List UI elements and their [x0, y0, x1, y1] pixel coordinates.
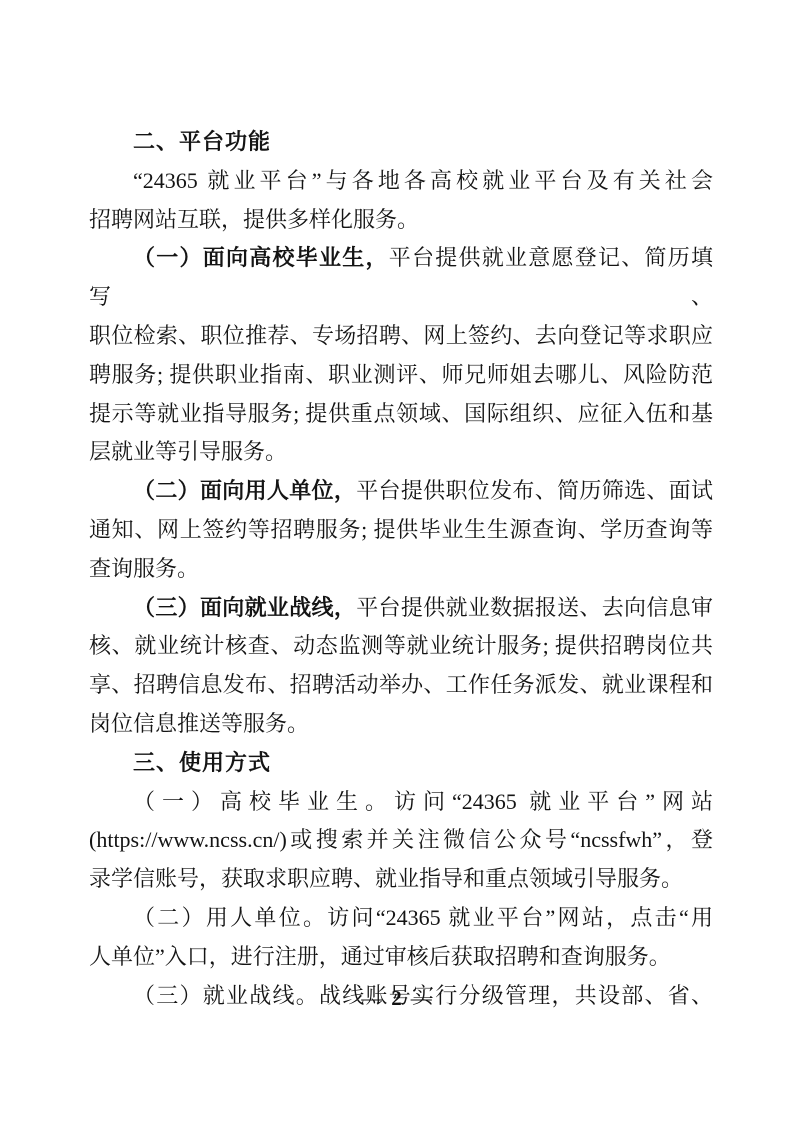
- text-line: （二）面向用人单位，平台提供职位发布、简历筛选、面试: [89, 472, 713, 511]
- body-text: 通知、网上签约等招聘服务; 提供毕业生生源查询、学历查询等: [89, 517, 713, 542]
- section-heading: 三、使用方式: [89, 744, 713, 783]
- text-line: （一）高校毕业生。访问“24365 就业平台”网站: [89, 783, 713, 822]
- body-text: （一）高校毕业生。访问“24365 就业平台”网站: [133, 789, 713, 814]
- body-text: 录学信账号，获取求职应聘、就业指导和重点领域引导服务。: [89, 866, 683, 891]
- paragraph: （二）面向用人单位，平台提供职位发布、简历筛选、面试通知、网上签约等招聘服务; …: [89, 472, 713, 588]
- body-text: 岗位信息推送等服务。: [89, 711, 309, 736]
- section-heading: 二、平台功能: [89, 123, 713, 162]
- text-line: 职位检索、职位推荐、专场招聘、网上签约、去向登记等求职应: [89, 317, 713, 356]
- body-text: (https://www.ncss.cn/)或搜索并关注微信公众号“ncssfw…: [89, 827, 713, 852]
- text-line: 享、招聘信息发布、招聘活动举办、工作任务派发、就业课程和: [89, 666, 713, 705]
- text-line: 层就业等引导服务。: [89, 433, 713, 472]
- body-text: 平台提供就业数据报送、去向信息审: [356, 595, 713, 620]
- paragraph: （三）面向就业战线，平台提供就业数据报送、去向信息审核、就业统计核查、动态监测等…: [89, 589, 713, 744]
- paragraph: （一）面向高校毕业生，平台提供就业意愿登记、简历填写、职位检索、职位推荐、专场招…: [89, 239, 713, 472]
- text-line: “24365 就业平台”与各地各高校就业平台及有关社会: [89, 162, 713, 201]
- text-line: （三）面向就业战线，平台提供就业数据报送、去向信息审: [89, 589, 713, 628]
- paragraph: （二）用人单位。访问“24365 就业平台”网站，点击“用人单位”入口，进行注册…: [89, 899, 713, 977]
- text-line: 岗位信息推送等服务。: [89, 705, 713, 744]
- bold-lead-text: （二）面向用人单位，: [133, 478, 356, 503]
- body-text: 人单位”入口，进行注册，通过审核后获取招聘和查询服务。: [89, 944, 671, 969]
- body-text: （二）用人单位。访问“24365 就业平台”网站，点击“用: [133, 905, 713, 930]
- text-line: 查询服务。: [89, 550, 713, 589]
- body-text: 聘服务; 提供职业指南、职业测评、师兄师姐去哪儿、风险防范: [89, 362, 713, 387]
- document-body: 二、平台功能“24365 就业平台”与各地各高校就业平台及有关社会招聘网站互联，…: [89, 123, 713, 1015]
- footer-dash-left: —: [361, 986, 382, 1010]
- text-line: 核、就业统计核查、动态监测等就业统计服务; 提供招聘岗位共: [89, 627, 713, 666]
- text-line: 提示等就业指导服务; 提供重点领域、国际组织、应征入伍和基: [89, 395, 713, 434]
- page-footer: —2—: [0, 986, 793, 1011]
- text-line: （二）用人单位。访问“24365 就业平台”网站，点击“用: [89, 899, 713, 938]
- text-line: 人单位”入口，进行注册，通过审核后获取招聘和查询服务。: [89, 938, 713, 977]
- footer-dash-right: —: [411, 986, 432, 1010]
- body-text: 核、就业统计核查、动态监测等就业统计服务; 提供招聘岗位共: [89, 633, 713, 658]
- bold-lead-text: （三）面向就业战线，: [133, 595, 356, 620]
- text-line: 录学信账号，获取求职应聘、就业指导和重点领域引导服务。: [89, 860, 713, 899]
- body-text: 享、招聘信息发布、招聘活动举办、工作任务派发、就业课程和: [89, 672, 713, 697]
- bold-lead-text: （一）面向高校毕业生，: [133, 245, 389, 270]
- page-number: 2: [391, 986, 402, 1010]
- paragraph: （一）高校毕业生。访问“24365 就业平台”网站(https://www.nc…: [89, 783, 713, 899]
- text-line: （一）面向高校毕业生，平台提供就业意愿登记、简历填写、: [89, 239, 713, 317]
- text-line: 聘服务; 提供职业指南、职业测评、师兄师姐去哪儿、风险防范: [89, 356, 713, 395]
- body-text: 招聘网站互联，提供多样化服务。: [89, 207, 419, 232]
- text-line: 通知、网上签约等招聘服务; 提供毕业生生源查询、学历查询等: [89, 511, 713, 550]
- body-text: 提示等就业指导服务; 提供重点领域、国际组织、应征入伍和基: [89, 401, 713, 426]
- document-page: 二、平台功能“24365 就业平台”与各地各高校就业平台及有关社会招聘网站互联，…: [0, 0, 793, 1122]
- body-text: “24365 就业平台”与各地各高校就业平台及有关社会: [133, 168, 713, 193]
- body-text: 层就业等引导服务。: [89, 439, 287, 464]
- body-text: 查询服务。: [89, 556, 199, 581]
- text-line: (https://www.ncss.cn/)或搜索并关注微信公众号“ncssfw…: [89, 821, 713, 860]
- body-text: 职位检索、职位推荐、专场招聘、网上签约、去向登记等求职应: [89, 323, 713, 348]
- paragraph: “24365 就业平台”与各地各高校就业平台及有关社会招聘网站互联，提供多样化服…: [89, 162, 713, 240]
- text-line: 招聘网站互联，提供多样化服务。: [89, 201, 713, 240]
- body-text: 平台提供职位发布、简历筛选、面试: [356, 478, 713, 503]
